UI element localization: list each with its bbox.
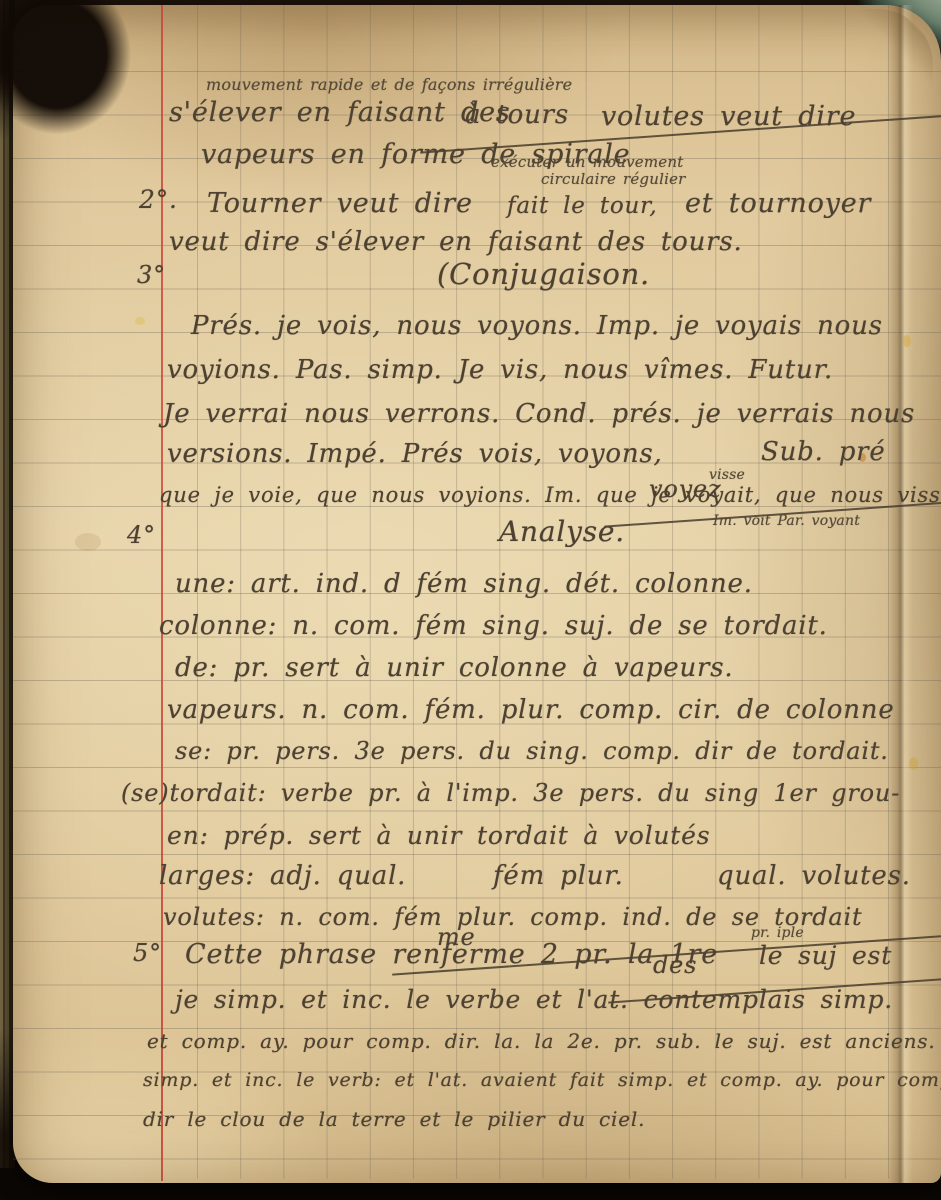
handwritten-line: simp. et inc. le verb: et l'at. avaient … — [143, 1069, 941, 1091]
handwritten-line: (Conjugaison. — [437, 257, 650, 291]
handwritten-line: 4° — [127, 521, 156, 549]
scanned-notebook-photo: mouvement rapide et de façons irrégulièr… — [0, 0, 941, 1200]
handwritten-line: je simp. et inc. le verbe et l'at. conte… — [175, 985, 893, 1014]
handwritten-line: 2°. — [139, 185, 178, 214]
handwritten-line: vapeurs. n. com. fém. plur. comp. cir. d… — [167, 695, 895, 725]
interline-annotation: exécuter un mouvement — [491, 153, 683, 171]
interline-annotation: circulaire régulier — [541, 170, 686, 188]
handwritten-line: se: pr. pers. 3e pers. du sing. comp. di… — [175, 737, 889, 765]
handwritten-line: veut dire s'élever en faisant des tours. — [169, 227, 743, 257]
handwritten-line: Cette phrase renferme 2 pr. la 1re — [185, 939, 718, 970]
handwritten-line: Je verrai nous verrons. Cond. prés. je v… — [163, 399, 915, 429]
handwritten-line: en: prép. sert à unir tordait à volutés — [167, 821, 710, 850]
interline-annotation: pr. iple — [751, 925, 804, 941]
handwritten-line: de: pr. sert à unir colonne à vapeurs. — [175, 653, 733, 683]
handwritten-line: versions. Impé. Prés vois, voyons, — [167, 439, 663, 469]
handwritten-line: Sub. pré — [761, 437, 886, 467]
handwritten-line: s'élever en faisant des — [169, 97, 511, 128]
interline-annotation: Im. voit Par. voyant — [713, 513, 860, 529]
handwritten-line: (se)tordait: verbe pr. à l'imp. 3e pers.… — [121, 779, 900, 807]
interline-annotation: mouvement rapide et de façons irrégulièr… — [206, 75, 572, 94]
handwritten-line: Tourner veut dire — [207, 188, 473, 219]
shadow-top-left — [0, 0, 152, 157]
interline-annotation: visse — [709, 467, 745, 483]
handwritten-line: fait le tour, — [507, 193, 658, 219]
handwritten-line: fém plur. — [493, 861, 624, 891]
handwritten-line: et comp. ay. pour comp. dir. la. la 2e. … — [147, 1029, 936, 1053]
handwritten-line: voyions. Pas. simp. Je vis, nous vîmes. … — [167, 355, 833, 385]
handwritten-line: une: art. ind. d fém sing. dét. colonne. — [175, 569, 753, 599]
notebook-page: mouvement rapide et de façons irrégulièr… — [13, 5, 941, 1183]
handwritten-line: 5° — [133, 939, 162, 967]
handwritten-line: Analyse. — [499, 515, 625, 548]
handwriting-layer: mouvement rapide et de façons irrégulièr… — [13, 5, 941, 1183]
handwritten-line: le suj est — [759, 941, 892, 970]
handwritten-line: larges: adj. qual. — [159, 861, 406, 891]
handwritten-line: Prés. je vois, nous voyons. Imp. je voya… — [191, 311, 883, 341]
handwritten-line: dir le clou de la terre et le pilier du … — [143, 1107, 645, 1131]
handwritten-line: 3° — [137, 261, 166, 289]
handwritten-line: qual. volutes. — [717, 861, 911, 891]
handwritten-line: colonne: n. com. fém sing. suj. de se to… — [159, 611, 828, 641]
handwritten-line: que je voie, que nous voyions. Im. que j… — [159, 483, 941, 507]
handwritten-line: volutes veut dire — [601, 101, 856, 132]
handwritten-line: et tournoyer — [685, 188, 871, 219]
